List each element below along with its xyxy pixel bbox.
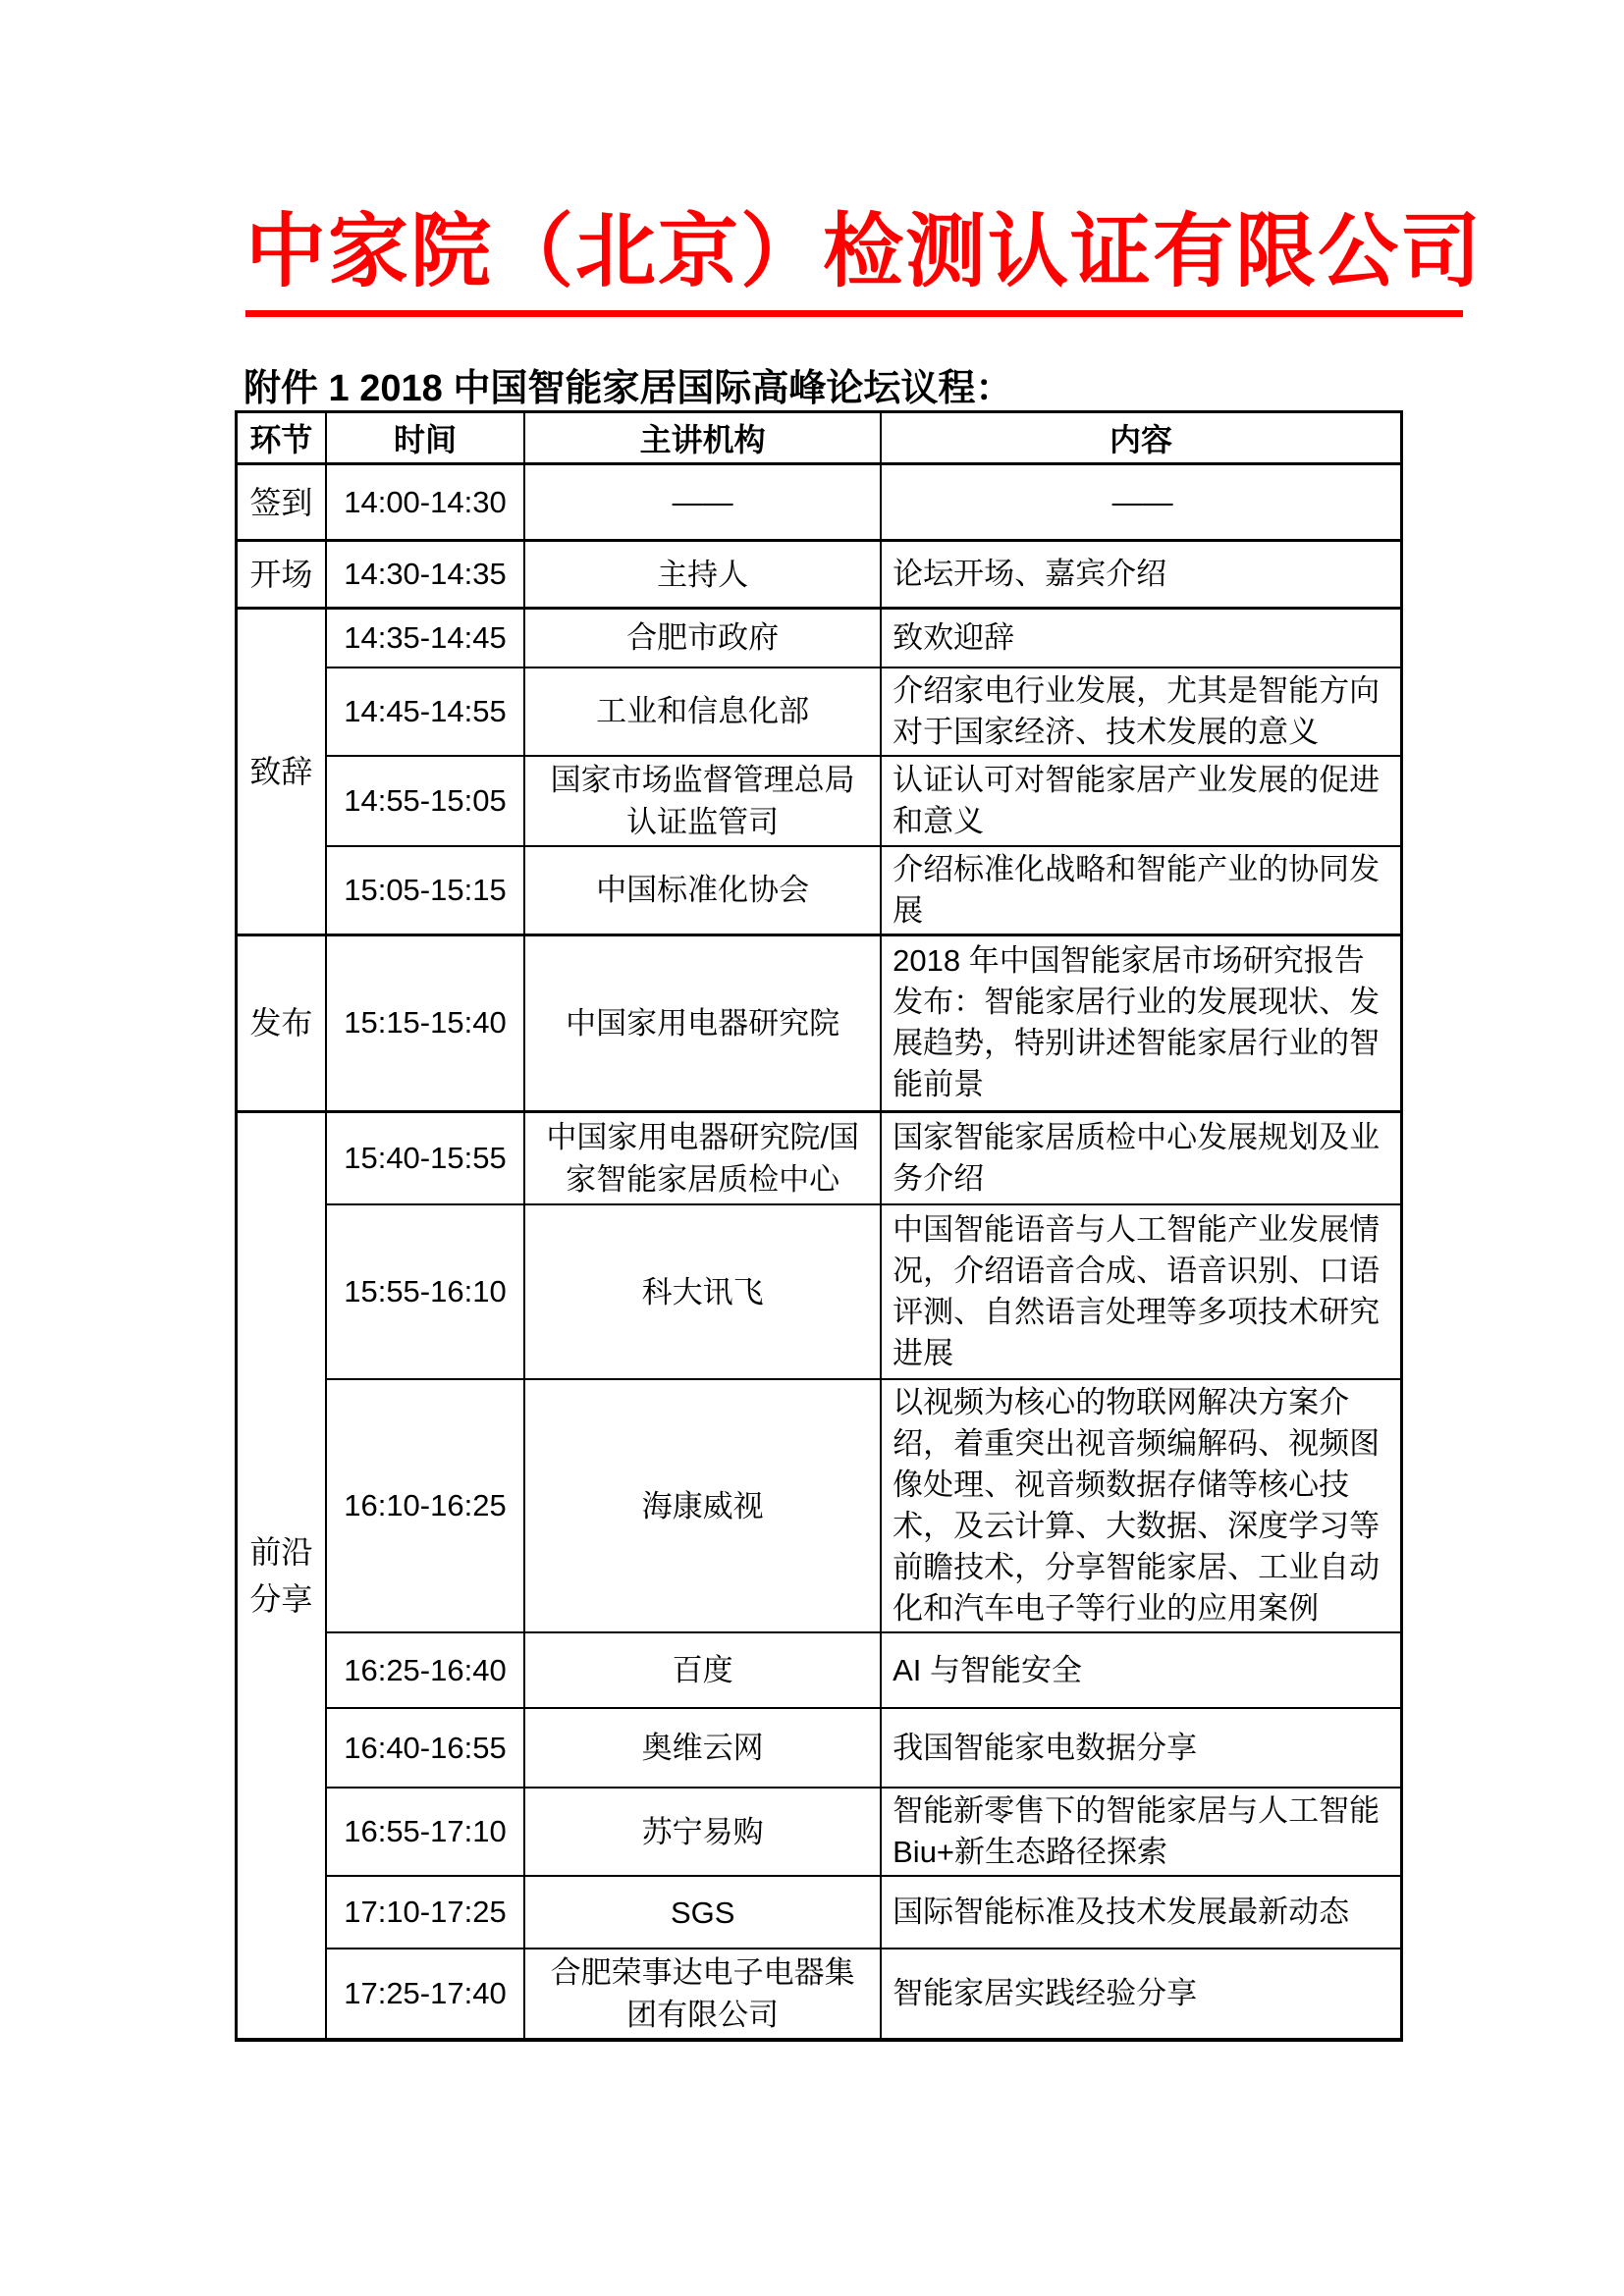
time-cell: 14:55-15:05 <box>326 756 525 846</box>
title-underline <box>245 310 1463 317</box>
table-row: 16:40-16:55 奥维云网 我国智能家电数据分享 <box>237 1708 1402 1788</box>
table-row: 14:45-14:55 工业和信息化部 介绍家电行业发展，尤其是智能方向对于国家… <box>237 667 1402 756</box>
org-cell: 中国家用电器研究院/国家智能家居质检中心 <box>524 1111 881 1204</box>
page-title: 中家院（北京）检测认证有限公司 <box>245 208 1483 296</box>
content-cell: —— <box>881 464 1401 541</box>
time-cell: 16:40-16:55 <box>326 1708 525 1788</box>
table-row: 15:05-15:15 中国标准化协会 介绍标准化战略和智能产业的协同发展 <box>237 846 1402 935</box>
time-cell: 14:35-14:45 <box>326 609 525 667</box>
time-cell: 17:25-17:40 <box>326 1949 525 2040</box>
time-cell: 16:10-16:25 <box>326 1379 525 1632</box>
time-cell: 15:40-15:55 <box>326 1111 525 1204</box>
table-row: 签到 14:00-14:30 —— —— <box>237 464 1402 541</box>
table-row: 14:55-15:05 国家市场监督管理总局认证监管司 认证认可对智能家居产业发… <box>237 756 1402 846</box>
session-cell: 发布 <box>237 934 326 1111</box>
org-cell: 中国标准化协会 <box>524 846 881 935</box>
org-cell: 苏宁易购 <box>524 1788 881 1876</box>
content-cell: 以视频为核心的物联网解决方案介绍，着重突出视音频编解码、视频图像处理、视音频数据… <box>881 1379 1401 1632</box>
table-row: 致辞 14:35-14:45 合肥市政府 致欢迎辞 <box>237 609 1402 667</box>
content-cell: 国际智能标准及技术发展最新动态 <box>881 1876 1401 1949</box>
attachment-heading: 附件 1 2018 中国智能家居国际高峰论坛议程： <box>244 357 1012 411</box>
org-cell: SGS <box>524 1876 881 1949</box>
content-cell: 中国智能语音与人工智能产业发展情况，介绍语音合成、语音识别、口语评测、自然语言处… <box>881 1204 1401 1379</box>
content-cell: 智能新零售下的智能家居与人工智能 Biu+新生态路径探索 <box>881 1788 1401 1876</box>
table-row: 前沿分享 15:40-15:55 中国家用电器研究院/国家智能家居质检中心 国家… <box>237 1111 1402 1204</box>
org-cell: 主持人 <box>524 541 881 609</box>
org-cell: 科大讯飞 <box>524 1204 881 1379</box>
time-cell: 15:05-15:15 <box>326 846 525 935</box>
content-cell: 智能家居实践经验分享 <box>881 1949 1401 2040</box>
table-row: 发布 15:15-15:40 中国家用电器研究院 2018 年中国智能家居市场研… <box>237 934 1402 1111</box>
time-cell: 14:45-14:55 <box>326 667 525 756</box>
table-row: 16:25-16:40 百度 AI 与智能安全 <box>237 1632 1402 1708</box>
col-header-session: 环节 <box>237 412 326 464</box>
content-cell: 我国智能家电数据分享 <box>881 1708 1401 1788</box>
content-cell: 介绍标准化战略和智能产业的协同发展 <box>881 846 1401 935</box>
org-cell: 中国家用电器研究院 <box>524 934 881 1111</box>
org-cell: 海康威视 <box>524 1379 881 1632</box>
time-cell: 15:15-15:40 <box>326 934 525 1111</box>
org-cell: 百度 <box>524 1632 881 1708</box>
table-row: 开场 14:30-14:35 主持人 论坛开场、嘉宾介绍 <box>237 541 1402 609</box>
session-cell: 前沿分享 <box>237 1111 326 2040</box>
org-cell: —— <box>524 464 881 541</box>
table-row: 17:25-17:40 合肥荣事达电子电器集团有限公司 智能家居实践经验分享 <box>237 1949 1402 2040</box>
session-cell: 签到 <box>237 464 326 541</box>
table-header-row: 环节 时间 主讲机构 内容 <box>237 412 1402 464</box>
org-cell: 国家市场监督管理总局认证监管司 <box>524 756 881 846</box>
table-row: 16:10-16:25 海康威视 以视频为核心的物联网解决方案介绍，着重突出视音… <box>237 1379 1402 1632</box>
org-cell: 合肥市政府 <box>524 609 881 667</box>
session-cell: 致辞 <box>237 609 326 935</box>
time-cell: 14:30-14:35 <box>326 541 525 609</box>
content-cell: 2018 年中国智能家居市场研究报告发布：智能家居行业的发展现状、发展趋势，特别… <box>881 934 1401 1111</box>
content-cell: 论坛开场、嘉宾介绍 <box>881 541 1401 609</box>
time-cell: 16:55-17:10 <box>326 1788 525 1876</box>
table-row: 17:10-17:25 SGS 国际智能标准及技术发展最新动态 <box>237 1876 1402 1949</box>
agenda-table: 环节 时间 主讲机构 内容 签到 14:00-14:30 —— —— 开场 14… <box>235 410 1403 2042</box>
table-row: 16:55-17:10 苏宁易购 智能新零售下的智能家居与人工智能 Biu+新生… <box>237 1788 1402 1876</box>
time-cell: 17:10-17:25 <box>326 1876 525 1949</box>
col-header-time: 时间 <box>326 412 525 464</box>
table-row: 15:55-16:10 科大讯飞 中国智能语音与人工智能产业发展情况，介绍语音合… <box>237 1204 1402 1379</box>
time-cell: 14:00-14:30 <box>326 464 525 541</box>
content-cell: 认证认可对智能家居产业发展的促进和意义 <box>881 756 1401 846</box>
document-page: 中家院（北京）检测认证有限公司 附件 1 2018 中国智能家居国际高峰论坛议程… <box>0 0 1624 2296</box>
col-header-org: 主讲机构 <box>524 412 881 464</box>
content-cell: AI 与智能安全 <box>881 1632 1401 1708</box>
org-cell: 奥维云网 <box>524 1708 881 1788</box>
col-header-content: 内容 <box>881 412 1401 464</box>
org-cell: 工业和信息化部 <box>524 667 881 756</box>
time-cell: 15:55-16:10 <box>326 1204 525 1379</box>
content-cell: 介绍家电行业发展，尤其是智能方向对于国家经济、技术发展的意义 <box>881 667 1401 756</box>
session-cell: 开场 <box>237 541 326 609</box>
time-cell: 16:25-16:40 <box>326 1632 525 1708</box>
content-cell: 国家智能家居质检中心发展规划及业务介绍 <box>881 1111 1401 1204</box>
org-cell: 合肥荣事达电子电器集团有限公司 <box>524 1949 881 2040</box>
content-cell: 致欢迎辞 <box>881 609 1401 667</box>
